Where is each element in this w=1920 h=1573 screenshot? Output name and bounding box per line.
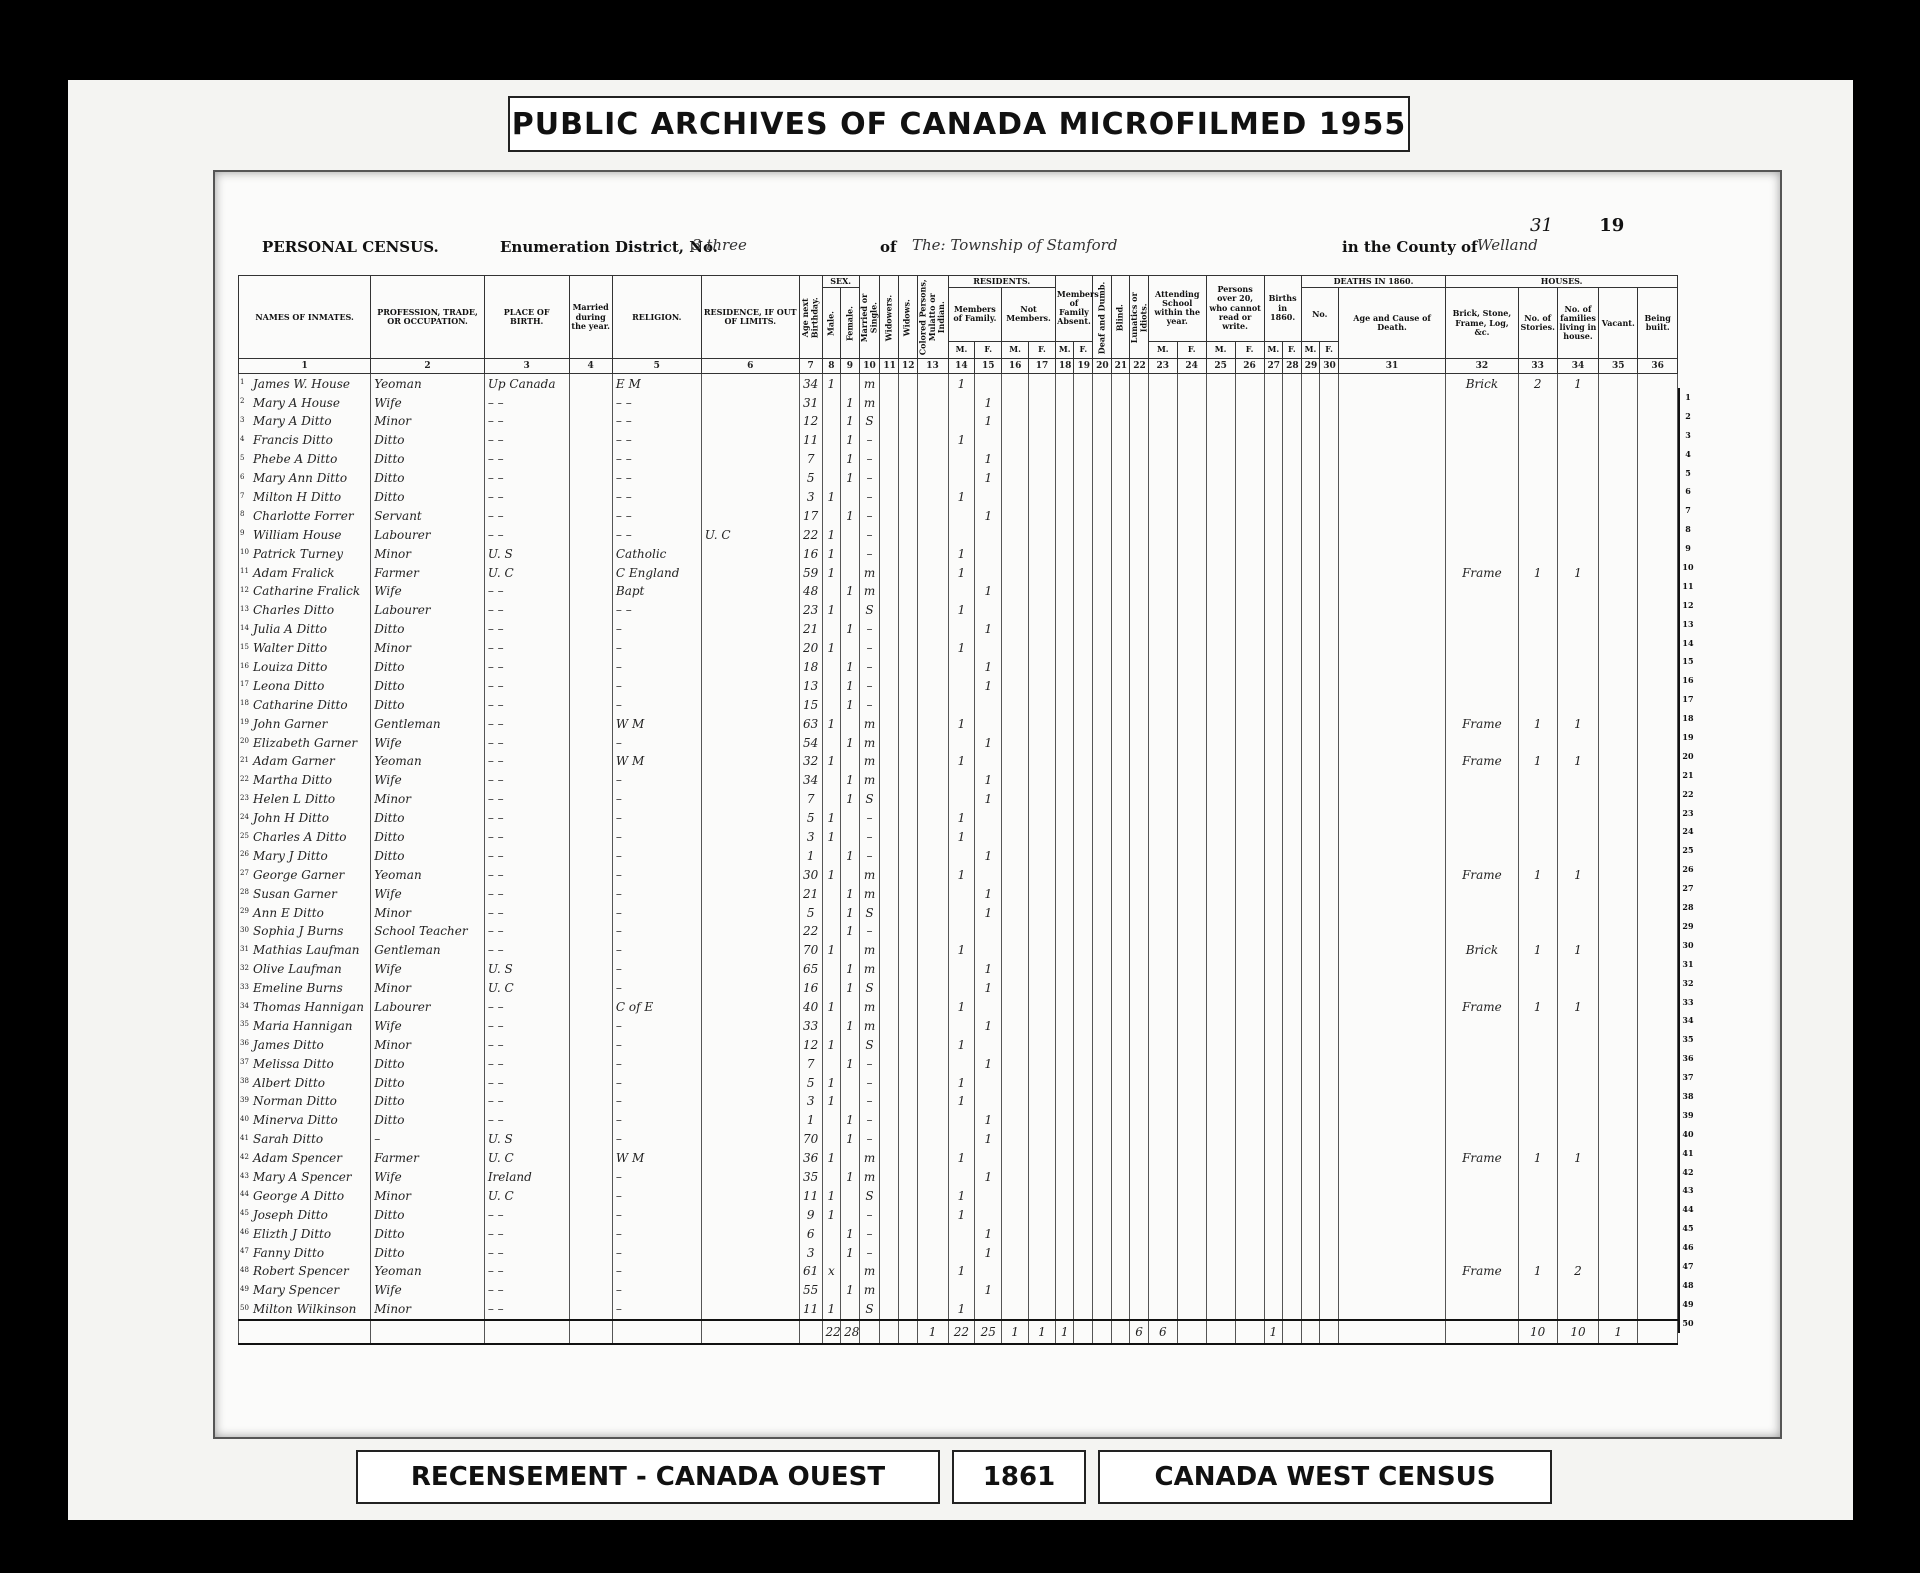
cell-col-18 [1055, 601, 1074, 620]
table-row: 46Elizth J DittoDitto– ––61–1 [239, 1224, 1678, 1243]
cell-col-28 [1283, 714, 1302, 733]
cell-col-22 [1130, 393, 1149, 412]
cell-col-18 [1055, 525, 1074, 544]
cell-col-3: – – [484, 1016, 569, 1035]
col-31-header: Age and Cause of Death. [1338, 288, 1445, 359]
cell-col-24 [1177, 828, 1206, 847]
cell-col-18 [1055, 412, 1074, 431]
cell-col-28 [1283, 771, 1302, 790]
cell-col-26 [1235, 922, 1264, 941]
cell-col-19 [1074, 1224, 1093, 1243]
cell-col-6 [701, 903, 799, 922]
cell-col-5: – [612, 1243, 701, 1262]
cell-col-33: 1 [1518, 941, 1557, 960]
cell-col-11 [880, 431, 899, 450]
cell-col-3: U. S [484, 544, 569, 563]
cell-col-12 [898, 828, 917, 847]
cell-col-11 [880, 922, 899, 941]
cell-col-20 [1093, 676, 1112, 695]
cell-col-32 [1446, 1168, 1518, 1187]
cell-col-28 [1283, 469, 1302, 488]
inmate-name-cell: 37Melissa Ditto [239, 1054, 371, 1073]
column-number: 23 [1148, 359, 1177, 374]
cell-col-29 [1301, 1092, 1320, 1111]
cell-col-18 [1055, 979, 1074, 998]
col-7-header: Age next Birthday. [799, 276, 822, 359]
cell-col-30 [1320, 1186, 1339, 1205]
margin-row-number: 19 [1680, 728, 1696, 747]
cell-col-16 [1002, 884, 1029, 903]
cell-col-14 [948, 1016, 975, 1035]
margin-row-number: 28 [1680, 898, 1696, 917]
cell-col-35 [1599, 676, 1638, 695]
cell-col-14: 1 [948, 1149, 975, 1168]
column-number: 8 [822, 359, 841, 374]
cell-col-36 [1638, 412, 1678, 431]
cell-col-24 [1177, 790, 1206, 809]
cell-col-16 [1002, 658, 1029, 677]
cell-col-28 [1283, 1168, 1302, 1187]
inmate-name-cell: 25Charles A Ditto [239, 828, 371, 847]
column-number: 20 [1093, 359, 1112, 374]
cell-col-21 [1111, 752, 1130, 771]
cell-col-21 [1111, 658, 1130, 677]
cell-col-18 [1055, 884, 1074, 903]
cell-col-20 [1093, 846, 1112, 865]
cell-col-21 [1111, 733, 1130, 752]
cell-col-13 [917, 884, 948, 903]
cell-col-12 [898, 506, 917, 525]
table-row: 24John H DittoDitto– ––51–1 [239, 809, 1678, 828]
cell-col-28 [1283, 733, 1302, 752]
inmate-name-cell: 31Mathias Laufman [239, 941, 371, 960]
inmate-name: Louiza Ditto [253, 660, 327, 674]
cell-col-23 [1148, 393, 1177, 412]
inmate-name-cell: 49Mary Spencer [239, 1281, 371, 1300]
cell-col-28 [1283, 884, 1302, 903]
cell-col-2: Minor [371, 412, 485, 431]
cell-col-13 [917, 450, 948, 469]
cell-col-23 [1148, 582, 1177, 601]
cell-col-4 [569, 884, 612, 903]
inmate-name: George Garner [253, 868, 344, 882]
inmate-name-cell: 7Milton H Ditto [239, 488, 371, 507]
cell-col-20 [1093, 1281, 1112, 1300]
cell-col-6 [701, 393, 799, 412]
cell-col-34: 1 [1557, 714, 1598, 733]
cell-col-6 [701, 374, 799, 393]
cell-col-7: 70 [799, 1130, 822, 1149]
cell-col-8 [822, 1168, 841, 1187]
cell-col-31 [1338, 1054, 1445, 1073]
cell-col-9 [841, 1262, 860, 1281]
cell-col-23 [1148, 865, 1177, 884]
table-row: 5Phebe A DittoDitto– –– –71–1 [239, 450, 1678, 469]
column-number: 33 [1518, 359, 1557, 374]
cell-col-2: Minor [371, 639, 485, 658]
cell-col-28 [1283, 828, 1302, 847]
cell-col-21 [1111, 884, 1130, 903]
cell-col-8: 1 [822, 1092, 841, 1111]
total-cell [1111, 1320, 1130, 1344]
cell-col-27 [1264, 544, 1283, 563]
cell-col-31 [1338, 412, 1445, 431]
cell-col-12 [898, 1073, 917, 1092]
cell-col-14 [948, 412, 975, 431]
cell-col-4 [569, 1205, 612, 1224]
cell-col-7: 3 [799, 1243, 822, 1262]
inmate-name-cell: 44George A Ditto [239, 1186, 371, 1205]
total-cell [1235, 1320, 1264, 1344]
cell-col-4 [569, 393, 612, 412]
table-row: 25Charles A DittoDitto– ––31–1 [239, 828, 1678, 847]
cell-col-33 [1518, 1168, 1557, 1187]
cell-col-25 [1206, 903, 1235, 922]
cell-col-20 [1093, 1149, 1112, 1168]
total-cell [612, 1320, 701, 1344]
table-row: 49Mary SpencerWife– ––551m1 [239, 1281, 1678, 1300]
margin-row-number: 24 [1680, 822, 1696, 841]
cell-col-33 [1518, 790, 1557, 809]
cell-col-10: S [859, 1186, 880, 1205]
table-row: 41Sarah Ditto–U. S–701–1 [239, 1130, 1678, 1149]
cell-col-33 [1518, 450, 1557, 469]
cell-col-12 [898, 658, 917, 677]
table-row: 42Adam SpencerFarmerU. CW M361m1Frame11 [239, 1149, 1678, 1168]
cell-col-22 [1130, 374, 1149, 393]
cell-col-15 [975, 695, 1002, 714]
cell-col-3: – – [484, 1111, 569, 1130]
cell-col-18 [1055, 752, 1074, 771]
cell-col-10: – [859, 620, 880, 639]
residents-header: RESIDENTS. [948, 276, 1055, 288]
cell-col-5: – – [612, 506, 701, 525]
inmate-name-cell: 46Elizth J Ditto [239, 1224, 371, 1243]
cell-col-10: – [859, 544, 880, 563]
cell-col-36 [1638, 506, 1678, 525]
cell-col-33 [1518, 884, 1557, 903]
cell-col-14: 1 [948, 1073, 975, 1092]
cell-col-9 [841, 752, 860, 771]
total-cell [859, 1320, 880, 1344]
cell-col-13 [917, 1035, 948, 1054]
cell-col-18 [1055, 960, 1074, 979]
cell-col-10: – [859, 809, 880, 828]
cell-col-4 [569, 714, 612, 733]
cell-col-18 [1055, 1149, 1074, 1168]
table-row: 22Martha DittoWife– ––341m1 [239, 771, 1678, 790]
cell-col-16 [1002, 809, 1029, 828]
cell-col-29 [1301, 639, 1320, 658]
margin-row-number: 20 [1680, 747, 1696, 766]
cell-col-32 [1446, 733, 1518, 752]
cell-col-11 [880, 1016, 899, 1035]
cell-col-7: 1 [799, 1111, 822, 1130]
cell-col-26 [1235, 506, 1264, 525]
cell-col-2: Labourer [371, 525, 485, 544]
cell-col-19 [1074, 1168, 1093, 1187]
cell-col-26 [1235, 695, 1264, 714]
inmate-name: Ann E Ditto [253, 906, 324, 920]
cell-col-10: S [859, 601, 880, 620]
cell-col-24 [1177, 469, 1206, 488]
cell-col-6 [701, 601, 799, 620]
cell-col-3: – – [484, 1205, 569, 1224]
cell-col-8 [822, 450, 841, 469]
cell-col-12 [898, 1224, 917, 1243]
cell-col-18 [1055, 1205, 1074, 1224]
cell-col-25 [1206, 752, 1235, 771]
cell-col-36 [1638, 431, 1678, 450]
cell-col-3: – – [484, 431, 569, 450]
margin-row-number: 5 [1680, 464, 1696, 483]
cell-col-16 [1002, 1054, 1029, 1073]
cell-col-25 [1206, 884, 1235, 903]
cell-col-31 [1338, 941, 1445, 960]
cell-col-16 [1002, 431, 1029, 450]
cell-col-11 [880, 809, 899, 828]
cell-col-24 [1177, 658, 1206, 677]
cell-col-34 [1557, 1243, 1598, 1262]
cell-col-9 [841, 1300, 860, 1320]
cell-col-16 [1002, 846, 1029, 865]
cell-col-24 [1177, 903, 1206, 922]
cell-col-23 [1148, 884, 1177, 903]
cell-col-15 [975, 828, 1002, 847]
cell-col-5: – [612, 1262, 701, 1281]
cell-col-7: 5 [799, 469, 822, 488]
cell-col-14 [948, 733, 975, 752]
table-row: 8Charlotte ForrerServant– –– –171–1 [239, 506, 1678, 525]
cell-col-5: – [612, 790, 701, 809]
cell-col-25 [1206, 1168, 1235, 1187]
cell-col-35 [1599, 393, 1638, 412]
cell-col-21 [1111, 979, 1130, 998]
cell-col-5: – [612, 922, 701, 941]
cell-col-2: Yeoman [371, 1262, 485, 1281]
cell-col-7: 59 [799, 563, 822, 582]
cell-col-28 [1283, 1016, 1302, 1035]
cell-col-36 [1638, 1092, 1678, 1111]
cell-col-23 [1148, 1186, 1177, 1205]
table-row: 39Norman DittoDitto– ––31–1 [239, 1092, 1678, 1111]
cell-col-34 [1557, 525, 1598, 544]
cell-col-28 [1283, 1186, 1302, 1205]
cell-col-8 [822, 903, 841, 922]
cell-col-25 [1206, 1016, 1235, 1035]
cell-col-20 [1093, 771, 1112, 790]
cell-col-20 [1093, 1130, 1112, 1149]
cell-col-13 [917, 544, 948, 563]
cell-col-6 [701, 1111, 799, 1130]
cell-col-11 [880, 903, 899, 922]
cell-col-29 [1301, 450, 1320, 469]
cell-col-25 [1206, 658, 1235, 677]
cell-col-2: Yeoman [371, 865, 485, 884]
inmate-name-cell: 3Mary A Ditto [239, 412, 371, 431]
cell-col-12 [898, 1168, 917, 1187]
cell-col-6 [701, 1300, 799, 1320]
cell-col-21 [1111, 695, 1130, 714]
cell-col-3: U. C [484, 1149, 569, 1168]
table-row: 6Mary Ann DittoDitto– –– –51–1 [239, 469, 1678, 488]
cell-col-10: – [859, 506, 880, 525]
cell-col-31 [1338, 828, 1445, 847]
cell-col-26 [1235, 1016, 1264, 1035]
cell-col-16 [1002, 1243, 1029, 1262]
cell-col-31 [1338, 1149, 1445, 1168]
cell-col-33 [1518, 1111, 1557, 1130]
cell-col-5: C England [612, 563, 701, 582]
cell-col-16 [1002, 960, 1029, 979]
cell-col-31 [1338, 601, 1445, 620]
cell-col-13 [917, 1281, 948, 1300]
cell-col-11 [880, 1300, 899, 1320]
cell-col-2: Wife [371, 884, 485, 903]
cell-col-27 [1264, 1054, 1283, 1073]
cell-col-32 [1446, 884, 1518, 903]
cell-col-5: C of E [612, 998, 701, 1017]
cell-col-34 [1557, 1205, 1598, 1224]
cell-col-30 [1320, 865, 1339, 884]
cell-col-22 [1130, 922, 1149, 941]
cell-col-20 [1093, 979, 1112, 998]
cell-col-4 [569, 1243, 612, 1262]
cell-col-8 [822, 1054, 841, 1073]
cell-col-6 [701, 639, 799, 658]
cell-col-19 [1074, 752, 1093, 771]
cell-col-12 [898, 1035, 917, 1054]
cell-col-2: Ditto [371, 695, 485, 714]
cell-col-17 [1029, 393, 1056, 412]
cell-col-21 [1111, 941, 1130, 960]
inmate-name-cell: 13Charles Ditto [239, 601, 371, 620]
cell-col-9 [841, 865, 860, 884]
total-cell [371, 1320, 485, 1344]
cell-col-34 [1557, 1092, 1598, 1111]
cell-col-19 [1074, 563, 1093, 582]
cell-col-35 [1599, 450, 1638, 469]
cell-col-25 [1206, 790, 1235, 809]
cell-col-20 [1093, 1073, 1112, 1092]
cell-col-15: 1 [975, 412, 1002, 431]
cell-col-35 [1599, 431, 1638, 450]
inmate-name-cell: 36James Ditto [239, 1035, 371, 1054]
cell-col-23 [1148, 998, 1177, 1017]
cannot-read-header: Persons over 20, who cannot read or writ… [1206, 276, 1264, 342]
total-cell: 25 [975, 1320, 1002, 1344]
cell-col-22 [1130, 544, 1149, 563]
cell-col-18 [1055, 431, 1074, 450]
cell-col-31 [1338, 865, 1445, 884]
cell-col-34 [1557, 1073, 1598, 1092]
cell-col-31 [1338, 1205, 1445, 1224]
cell-col-4 [569, 582, 612, 601]
cell-col-21 [1111, 1243, 1130, 1262]
cell-col-35 [1599, 506, 1638, 525]
cell-col-17 [1029, 1054, 1056, 1073]
cell-col-23 [1148, 1054, 1177, 1073]
cell-col-11 [880, 563, 899, 582]
cell-col-36 [1638, 1300, 1678, 1320]
cell-col-20 [1093, 828, 1112, 847]
cell-col-21 [1111, 960, 1130, 979]
county-value: Welland [1477, 236, 1538, 254]
cell-col-17 [1029, 525, 1056, 544]
cell-col-33 [1518, 676, 1557, 695]
cell-col-31 [1338, 639, 1445, 658]
cell-col-25 [1206, 582, 1235, 601]
column-number: 27 [1264, 359, 1283, 374]
cell-col-20 [1093, 714, 1112, 733]
cell-col-35 [1599, 790, 1638, 809]
cell-col-24 [1177, 695, 1206, 714]
cell-col-15 [975, 941, 1002, 960]
cell-col-30 [1320, 676, 1339, 695]
cell-col-30 [1320, 1130, 1339, 1149]
inmate-name-cell: 21Adam Garner [239, 752, 371, 771]
cell-col-13 [917, 846, 948, 865]
cell-col-27 [1264, 771, 1283, 790]
cell-col-17 [1029, 1243, 1056, 1262]
cell-col-29 [1301, 771, 1320, 790]
cell-col-12 [898, 1262, 917, 1281]
table-row: 17Leona DittoDitto– ––131–1 [239, 676, 1678, 695]
cell-col-15 [975, 922, 1002, 941]
row-number: 38 [240, 1077, 249, 1085]
cell-col-18 [1055, 865, 1074, 884]
cell-col-23 [1148, 828, 1177, 847]
cell-col-12 [898, 1149, 917, 1168]
cell-col-17 [1029, 790, 1056, 809]
col-14-header: M. [948, 341, 975, 359]
cell-col-31 [1338, 393, 1445, 412]
cell-col-28 [1283, 582, 1302, 601]
cell-col-29 [1301, 979, 1320, 998]
cell-col-14: 1 [948, 544, 975, 563]
cell-col-24 [1177, 620, 1206, 639]
cell-col-13 [917, 1224, 948, 1243]
margin-row-number: 36 [1680, 1049, 1696, 1068]
cell-col-34: 1 [1557, 752, 1598, 771]
cell-col-28 [1283, 1130, 1302, 1149]
cell-col-19 [1074, 601, 1093, 620]
cell-col-27 [1264, 506, 1283, 525]
cell-col-34 [1557, 469, 1598, 488]
cell-col-23 [1148, 639, 1177, 658]
cell-col-7: 5 [799, 1073, 822, 1092]
cell-col-19 [1074, 1262, 1093, 1281]
margin-row-number: 8 [1680, 520, 1696, 539]
cell-col-18 [1055, 733, 1074, 752]
cell-col-32 [1446, 903, 1518, 922]
inmate-name: Charles A Ditto [253, 830, 347, 844]
column-number: 14 [948, 359, 975, 374]
cell-col-36 [1638, 1224, 1678, 1243]
cell-col-16 [1002, 1035, 1029, 1054]
cell-col-5: – [612, 1073, 701, 1092]
cell-col-8: 1 [822, 1073, 841, 1092]
cell-col-31 [1338, 1243, 1445, 1262]
cell-col-4 [569, 1111, 612, 1130]
cell-col-25 [1206, 998, 1235, 1017]
cell-col-11 [880, 1281, 899, 1300]
cell-col-20 [1093, 941, 1112, 960]
cell-col-8 [822, 431, 841, 450]
cell-col-17 [1029, 506, 1056, 525]
col-5-header: RELIGION. [612, 276, 701, 359]
cell-col-8: 1 [822, 752, 841, 771]
